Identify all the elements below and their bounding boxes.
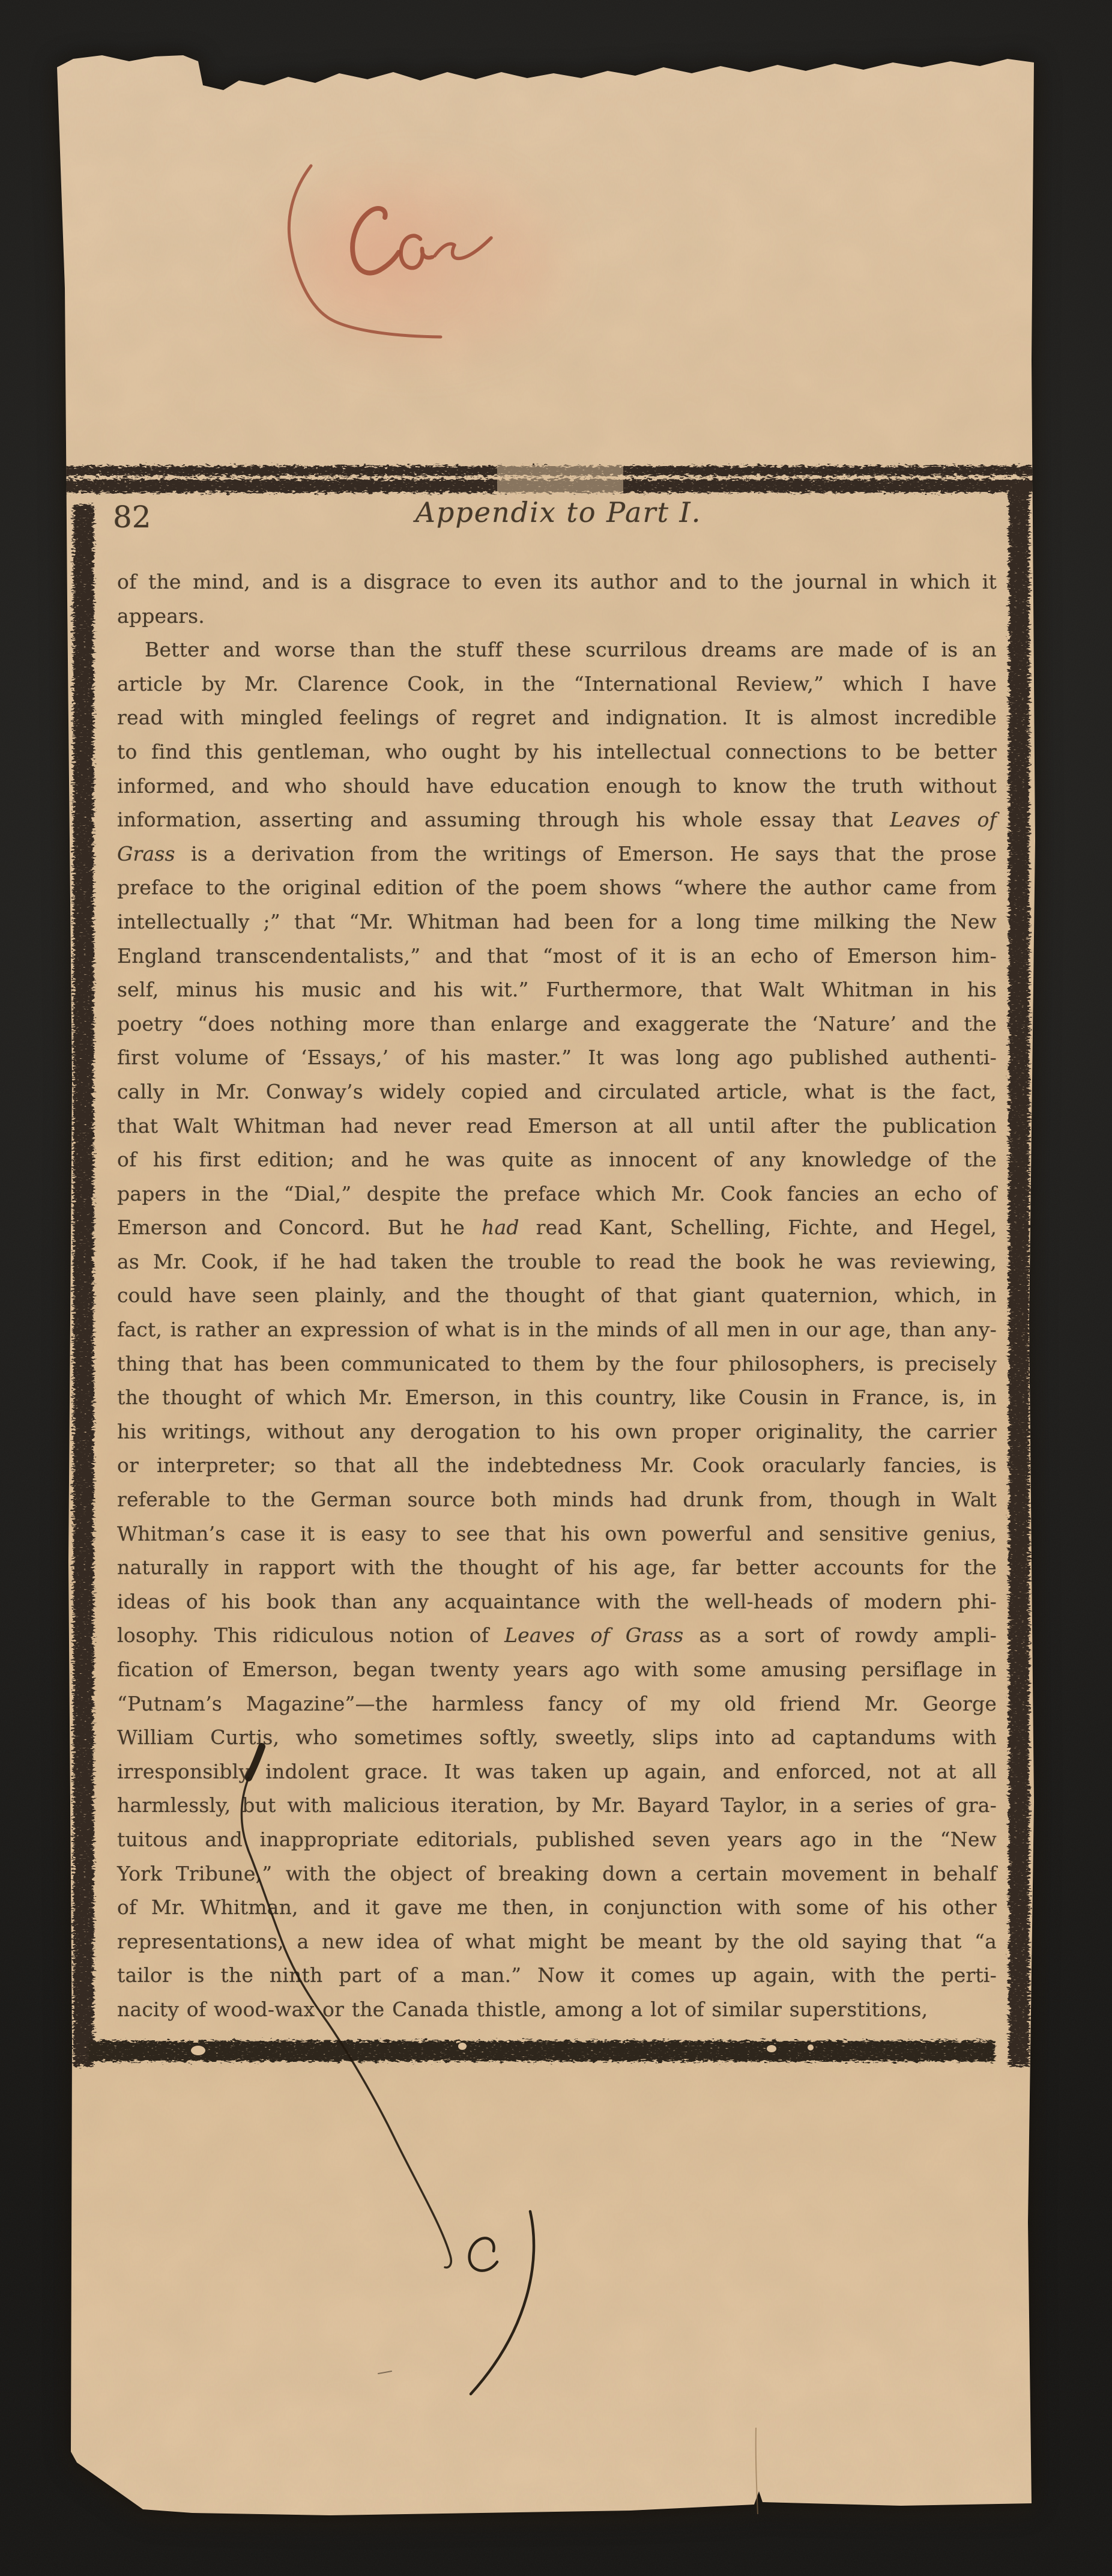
text-line: the thought of which Mr. Emerson, in thi…: [117, 1381, 997, 1415]
text-line: tailor is the ninth part of a man.” Now …: [117, 1959, 997, 1993]
text-line: that Walt Whitman had never read Emerson…: [117, 1109, 997, 1144]
text-line: England transcendentalists,” and that “m…: [117, 939, 997, 974]
text-line: to find this gentleman, who ought by his…: [117, 735, 997, 769]
text-line: preface to the original edition of the p…: [117, 871, 997, 905]
text-line: Emerson and Concord. But he had read Kan…: [117, 1211, 997, 1245]
text-line: cally in Mr. Conway’s widely copied and …: [117, 1075, 997, 1109]
scanned-document-stage: 82 Appendix to Part I. of the mind, and …: [0, 0, 1112, 2576]
text-line: irresponsibly indolent grace. It was tak…: [117, 1755, 997, 1789]
printed-text-layer: 82 Appendix to Part I. of the mind, and …: [0, 0, 1112, 2576]
text-line: read with mingled feelings of regret and…: [117, 701, 997, 735]
text-line: of Mr. Whitman, and it gave me then, in …: [117, 1891, 997, 1925]
text-line: fication of Emerson, began twenty years …: [117, 1653, 997, 1687]
text-line: tuitous and inappropriate editorials, pu…: [117, 1823, 997, 1857]
text-line: referable to the German source both mind…: [117, 1483, 997, 1517]
text-line: Better and worse than the stuff these sc…: [117, 633, 997, 667]
text-line: article by Mr. Clarence Cook, in the “In…: [117, 667, 997, 702]
running-title: Appendix to Part I.: [84, 497, 1033, 528]
text-line: self, minus his music and his wit.” Furt…: [117, 973, 997, 1007]
text-line: papers in the “Dial,” despite the prefac…: [117, 1177, 997, 1211]
text-line: losophy. This ridiculous notion of Leave…: [117, 1619, 997, 1653]
text-line: information, asserting and assuming thro…: [117, 803, 997, 837]
text-line: William Curtis, who sometimes softly, sw…: [117, 1721, 997, 1755]
text-line: informed, and who should have education …: [117, 769, 997, 804]
text-line: or interpreter; so that all the indebted…: [117, 1449, 997, 1483]
text-line: harmlessly, but with malicious iteration…: [117, 1789, 997, 1823]
text-line: Grass is a derivation from the writings …: [117, 837, 997, 871]
text-line: “Putnam’s Magazine”—the harmless fancy o…: [117, 1687, 997, 1721]
text-line: of his first edition; and he was quite a…: [117, 1143, 997, 1177]
text-line: first volume of ‘Essays,’ of his master.…: [117, 1041, 997, 1075]
text-line: his writings, without any derogation to …: [117, 1415, 997, 1449]
text-line: as Mr. Cook, if he had taken the trouble…: [117, 1245, 997, 1279]
text-line: Whitman’s case it is easy to see that hi…: [117, 1517, 997, 1551]
text-line: fact, is rather an expression of what is…: [117, 1313, 997, 1347]
text-line: naturally in rapport with the thought of…: [117, 1551, 997, 1585]
text-line: intellectually ;” that “Mr. Whitman had …: [117, 905, 997, 939]
text-line: thing that has been communicated to them…: [117, 1347, 997, 1381]
text-line: of the mind, and is a disgrace to even i…: [117, 565, 997, 599]
text-line: York Tribune,” with the object of breaki…: [117, 1857, 997, 1891]
text-line: could have seen plainly, and the thought…: [117, 1279, 997, 1313]
text-line: ideas of his book than any acquaintance …: [117, 1585, 997, 1619]
body-text: of the mind, and is a disgrace to even i…: [117, 565, 997, 2027]
text-line: appears.: [117, 599, 997, 634]
text-line: poetry “does nothing more than enlarge a…: [117, 1007, 997, 1041]
text-line: nacity of wood-wax or the Canada thistle…: [117, 1993, 997, 2027]
text-line: representations, a new idea of what migh…: [117, 1925, 997, 1959]
